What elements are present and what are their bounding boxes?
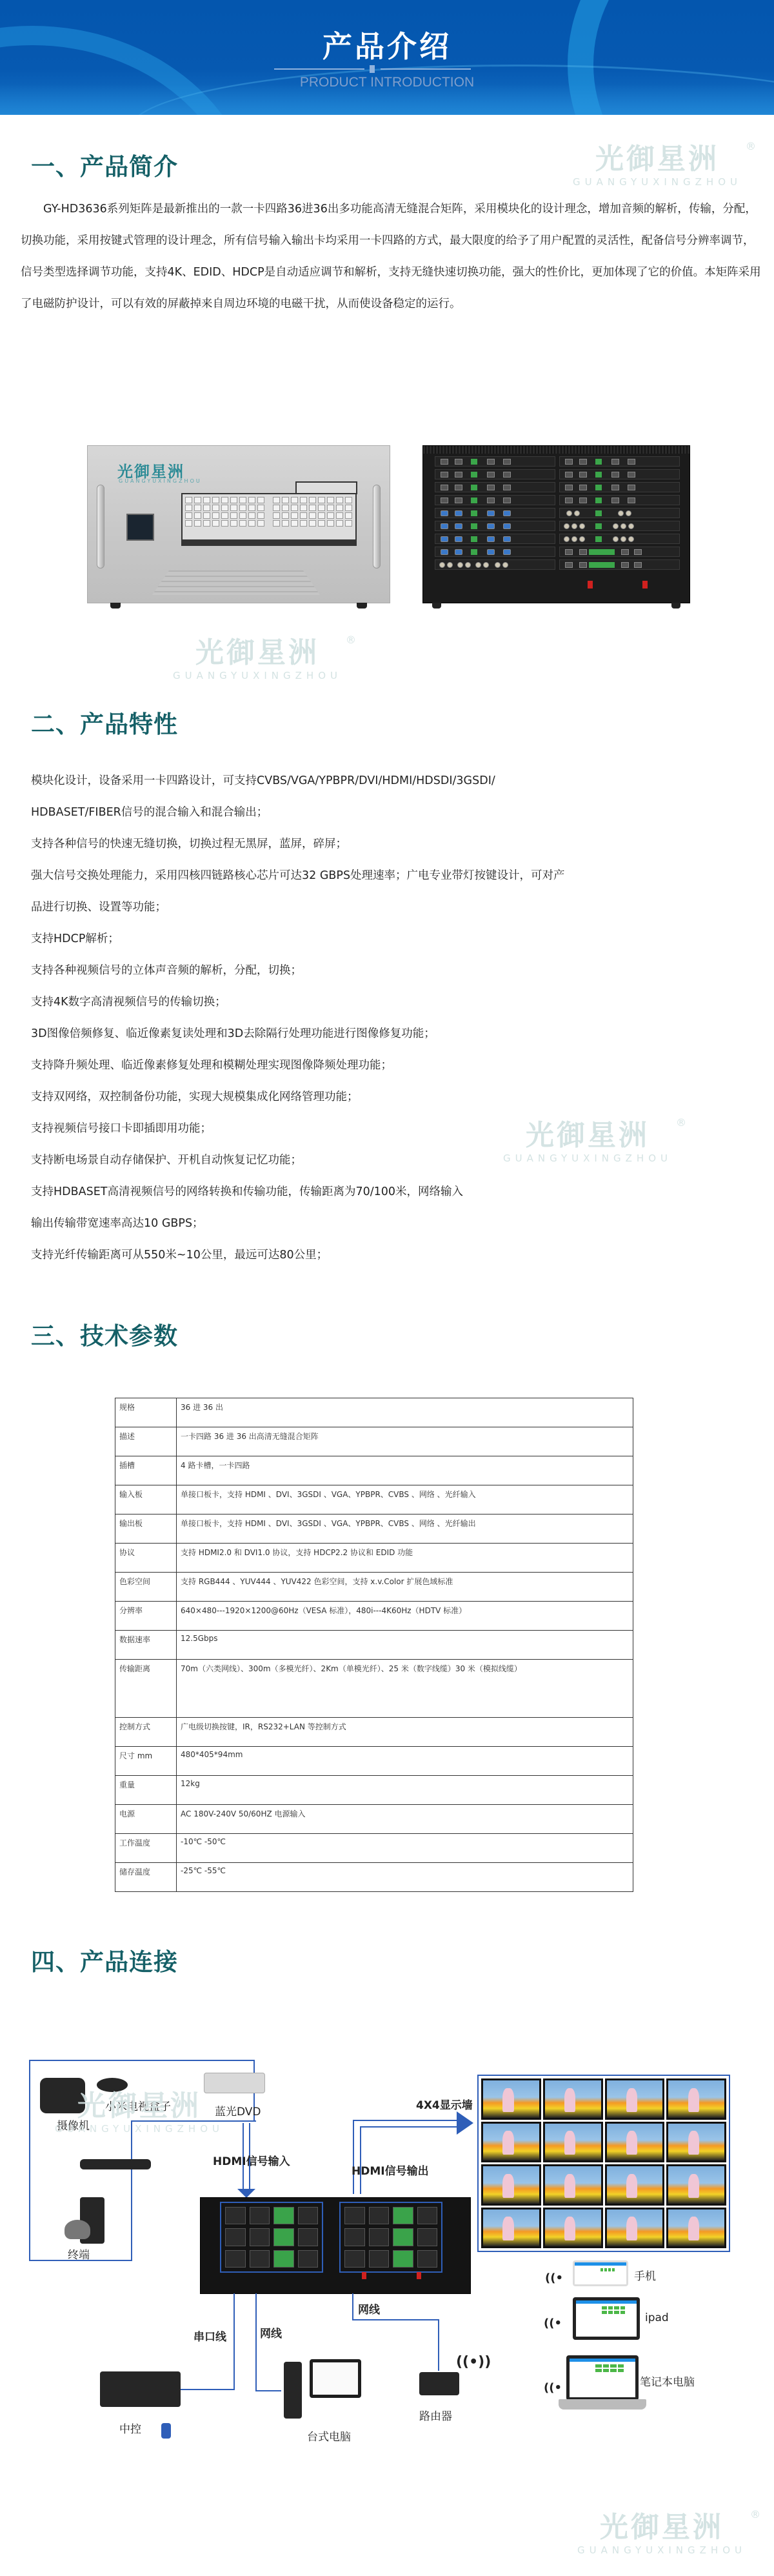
section-title-features: 二、产品特性 [31,705,178,740]
table-row: 工作温度-10℃ -50℃ [115,1834,633,1863]
spec-key: 数据速率 [115,1631,177,1660]
arrow-head-down-icon [237,2189,255,2198]
output-keys [273,497,352,527]
brand-watermark: 光御星洲 GUANGYUXINGZHOU ® [173,639,342,681]
spec-value: 支持 RGB444 、YUV444 、YUV422 色彩空间，支持 x.v.Co… [177,1573,633,1602]
smartphone-icon [161,2423,171,2439]
spec-value: 36 进 36 出 [177,1398,633,1427]
central-controller-icon [100,2371,181,2407]
spec-value: 480*405*94mm [177,1747,633,1776]
ptz-camera-icon [64,2220,90,2239]
brand-watermark: 光御星洲 GUANGYUXINGZHOU ® [503,1122,672,1164]
feature-item: 支持双网络，双控制备份功能，实现大规模集成化网络管理功能； [31,1082,760,1113]
hdmi-out-line [353,2120,354,2194]
brand-watermark: 光御星洲 GUANGYUXINGZHOU ® [573,145,742,188]
spec-key: 工作温度 [115,1834,177,1863]
feature-item: 支持降升频处理、临近像素修复处理和模糊处理实现图像降频处理功能； [31,1050,760,1082]
feature-item: 支持HDBASET高清视频信号的网络转换和传输功能，传输距离为70/100米，网… [31,1176,760,1208]
spec-value: 一卡四路 36 进 36 出高清无缝混合矩阵 [177,1427,633,1456]
table-row: 协议支持 HDMI2.0 和 DVI1.0 协议，支持 HDCP2.2 协议和 … [115,1544,633,1573]
spec-value: 4 路卡槽，一卡四路 [177,1456,633,1485]
table-row: 规格36 进 36 出 [115,1398,633,1427]
spec-key: 传输距离 [115,1660,177,1718]
brand-name-cn: 光御星洲 [503,1122,672,1150]
spec-key: 尺寸 mm [115,1747,177,1776]
table-row: 描述一卡四路 36 进 36 出高清无缝混合矩阵 [115,1427,633,1456]
table-row: 控制方式广电级切换按键，IR，RS232+LAN 等控制方式 [115,1718,633,1747]
feature-item: 强大信号交换处理能力，采用四核四链路核心芯片可达32 GBPS处理速率；广电专业… [31,860,760,892]
spec-key: 分辨率 [115,1602,177,1631]
spec-key: 电源 [115,1805,177,1834]
feature-item: 支持光纤传输距离可从550米~10公里，最远可达80公里； [31,1240,760,1271]
brand-name-en: GUANGYUXINGZHOU [577,2544,746,2556]
intro-paragraph: GY-HD3636系列矩阵是最新推出的一款一卡四路36进36出多功能高清无缝混合… [21,194,761,320]
bluray-player-icon [204,2073,265,2093]
header-banner: 产品介绍 PRODUCT INTRODUCTION [0,0,774,115]
control-keypad [295,481,357,494]
table-row: 尺寸 mm480*405*94mm [115,1747,633,1776]
arrow-head-right-icon [457,2111,473,2135]
feature-item: 3D图像倍频修复、临近像素复读处理和3D去除隔行处理功能进行图像修复功能； [31,1018,760,1050]
video-wall-4x4 [477,2075,730,2252]
network-cable [255,2293,257,2391]
spec-key: 色彩空间 [115,1573,177,1602]
display-wall-label: 4X4显示墙 [416,2096,473,2112]
front-vent [152,570,320,595]
spec-key: 控制方式 [115,1718,177,1747]
spec-key: 重量 [115,1776,177,1805]
rack-handle [373,485,381,569]
spec-value: 12kg [177,1776,633,1805]
section-title-specs: 三、技术参数 [31,1316,178,1351]
table-row: 重量12kg [115,1776,633,1805]
spec-value: AC 180V-240V 50/60HZ 电源输入 [177,1805,633,1834]
monitor-icon [310,2359,361,2398]
table-row: 数据速率12.5Gbps [115,1631,633,1660]
source-label: 终端 [68,2246,90,2262]
section-title-connection: 四、产品连接 [31,1942,178,1977]
spec-key: 描述 [115,1427,177,1456]
feature-item: 品进行切换、设置等功能； [31,892,760,923]
wireless-antenna-icon: ((•)) [456,2354,491,2370]
matrix-switcher-icon [200,2197,471,2294]
serial-cable [233,2293,235,2390]
banner-title: 产品介绍 [0,23,774,66]
table-row: 插槽4 路卡槽，一卡四路 [115,1456,633,1485]
client-label: 笔记本电脑 [640,2373,695,2389]
spec-value: 单接口板卡，支持 HDMI 、DVI、3GSDI 、VGA、YPBPR、CVBS… [177,1514,633,1544]
banner-subtitle: PRODUCT INTRODUCTION [0,75,774,90]
client-label: 手机 [634,2267,656,2283]
spec-value: -25℃ -55℃ [177,1863,633,1892]
spec-key: 协议 [115,1544,177,1573]
brand-name-en: GUANGYUXINGZHOU [573,176,742,188]
registered-mark: ® [346,634,356,646]
table-row: 电源AC 180V-240V 50/60HZ 电源输入 [115,1805,633,1834]
feature-item: 支持4K数字高清视频信号的传输切换； [31,987,760,1018]
io-keypad [181,493,357,546]
feature-item: 输出传输带宽速率高达10 GBPS； [31,1208,760,1240]
phone-app-icon [573,2260,628,2286]
serial-cable-label: 串口线 [193,2328,226,2344]
brand-name-cn: 光御星洲 [173,639,342,667]
peripheral-label: 中控 [119,2420,141,2436]
wifi-signal-icon: ((• [544,2317,562,2330]
io-card-slots [435,456,680,570]
brand-name-cn: 光御星洲 [577,2513,746,2542]
spec-table: 规格36 进 36 出 描述一卡四路 36 进 36 出高清无缝混合矩阵 插槽4… [115,1398,633,1892]
brand-watermark: 光御星洲 GUANGYUXINGZHOU ® [577,2513,746,2556]
brand-name-en: GUANGYUXINGZHOU [173,670,342,681]
desktop-tower-icon [284,2362,302,2419]
product-front-image: 光御星洲 GUANGYUXINGZHOU [87,445,390,603]
input-keys [185,497,264,527]
table-row: 输出板单接口板卡，支持 HDMI 、DVI、3GSDI 、VGA、YPBPR、C… [115,1514,633,1544]
registered-mark: ® [676,1116,686,1129]
spec-key: 输入板 [115,1485,177,1514]
title-divider [274,65,471,73]
network-cable [352,2293,353,2320]
product-rear-image [422,445,690,603]
spec-value: 广电级切换按键，IR，RS232+LAN 等控制方式 [177,1718,633,1747]
rack-handle [97,485,104,569]
brand-name-cn: 光御星洲 [55,2092,224,2120]
feature-item: 支持各种视频信号的立体声音频的解析，分配，切换； [31,955,760,987]
brand-watermark: 光御星洲 GUANGYUXINGZHOU [55,2092,224,2135]
peripheral-label: 路由器 [419,2407,452,2423]
feature-item: 支持HDCP解析； [31,923,760,955]
spec-value: 640×480---1920×1200@60Hz（VESA 标准），480i--… [177,1602,633,1631]
hdmi-output-label: HDMI信号输出 [352,2162,429,2178]
spec-value: 支持 HDMI2.0 和 DVI1.0 协议，支持 HDCP2.2 协议和 ED… [177,1544,633,1573]
table-row: 输入板单接口板卡，支持 HDMI 、DVI、3GSDI 、VGA、YPBPR、C… [115,1485,633,1514]
registered-mark: ® [746,140,756,152]
brand-name-en: GUANGYUXINGZHOU [503,1152,672,1164]
registered-mark: ® [750,2508,760,2521]
section-title-intro: 一、产品简介 [31,147,178,182]
power-switch [642,581,648,589]
spec-key: 插槽 [115,1456,177,1485]
network-cable-label: 网线 [358,2300,380,2317]
brand-name-cn: 光御星洲 [573,145,742,174]
client-label: ipad [645,2311,669,2324]
spec-value: 12.5Gbps [177,1631,633,1660]
laptop-app-icon [566,2355,639,2400]
spec-value: -10℃ -50℃ [177,1834,633,1863]
wifi-signal-icon: ((• [545,2271,563,2285]
spec-key: 输出板 [115,1514,177,1544]
feature-item: 支持各种信号的快速无缝切换，切换过程无黑屏，蓝屏，碎屏； [31,829,760,860]
network-cable-label: 网线 [260,2324,282,2340]
power-switch [588,581,593,589]
table-row: 储存温度-25℃ -55℃ [115,1863,633,1892]
hdmi-input-label: HDMI信号输入 [213,2152,290,2168]
dvd-player-icon [80,2159,151,2169]
feature-item: HDBASET/FIBER信号的混合输入和混合输出； [31,797,760,829]
feature-item: 模块化设计，设备采用一卡四路设计，可支持CVBS/VGA/YPBPR/DVI/H… [31,765,760,797]
device-logo-en: GUANGYUXINGZHOU [119,478,202,484]
brand-name-en: GUANGYUXINGZHOU [55,2123,224,2135]
laptop-base [559,2399,646,2410]
spec-value: 70m（六类网线）、300m（多模光纤）、2Km（单模光纤）、25 米（数字线缆… [177,1660,633,1718]
router-icon [419,2372,459,2395]
feature-list: 模块化设计，设备采用一卡四路设计，可支持CVBS/VGA/YPBPR/DVI/H… [31,765,760,1271]
spec-value: 单接口板卡，支持 HDMI 、DVI、3GSDI 、VGA、YPBPR、CVBS… [177,1485,633,1514]
connection-diagram: 摄像机 小米电视盒子 蓝光DVD 终端 HDMI信号输入 HDMI信号输出 4X… [0,2052,774,2439]
table-row: 分辨率640×480---1920×1200@60Hz（VESA 标准），480… [115,1602,633,1631]
spec-key: 规格 [115,1398,177,1427]
table-row: 色彩空间支持 RGB444 、YUV444 、YUV422 色彩空间，支持 x.… [115,1573,633,1602]
table-row: 传输距离70m（六类网线）、300m（多模光纤）、2Km（单模光纤）、25 米（… [115,1660,633,1718]
lcd-display [126,514,154,541]
wifi-signal-icon: ((• [544,2381,562,2395]
spec-key: 储存温度 [115,1863,177,1892]
tablet-app-icon [573,2297,640,2340]
peripheral-label: 台式电脑 [307,2428,351,2444]
